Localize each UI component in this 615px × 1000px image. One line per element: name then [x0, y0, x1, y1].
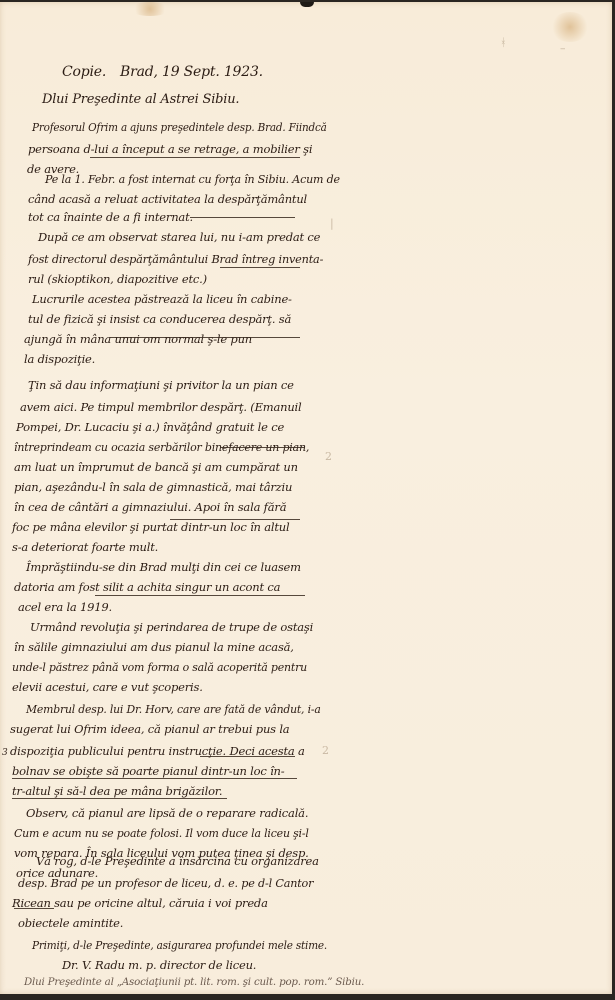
- letter-line: Împrăştiindu-se din Brad mulţi din cei c…: [26, 560, 301, 574]
- underline-stroke: [12, 798, 227, 799]
- paper-stain: [550, 12, 590, 42]
- letter-line: Profesorul Ofrim a ajuns preşedintele de…: [32, 120, 327, 134]
- letter-line: tot ca înainte de a fi internat.: [28, 210, 193, 224]
- underline-stroke: [200, 756, 295, 757]
- letter-line: în cea de cântări a gimnaziului. Apoi în…: [14, 500, 286, 514]
- letter-line: Lucrurile acestea păstrează la liceu în …: [32, 292, 292, 306]
- letter-line: am luat un împrumut de bancă şi am cumpă…: [14, 460, 298, 474]
- underline-stroke: [170, 519, 300, 520]
- pencil-mark: –: [560, 42, 566, 55]
- margin-mark-2: 2: [325, 450, 332, 463]
- underline-stroke: [220, 447, 305, 448]
- place-date: Brad, 19 Sept. 1923.: [120, 64, 263, 80]
- letter-line: ajungă în mâna unui om normal ş-le pun: [24, 332, 252, 346]
- letter-page: ᚼ – | 2 2 3 Copie. Brad, 19 Sept. 1923. …: [0, 2, 612, 994]
- letter-line: foc pe mâna elevilor şi purtat dintr-un …: [12, 520, 289, 534]
- letter-line: pian, aşezându-l în sala de gimnastică, …: [14, 480, 292, 494]
- margin-mark-3: 3: [2, 748, 8, 758]
- underline-stroke: [14, 908, 54, 909]
- pencil-mark: ᚼ: [500, 36, 507, 49]
- letter-line: avem aici. Pe timpul membrilor despărţ. …: [20, 400, 302, 414]
- letter-line: tul de fizică şi insist ca conducerea de…: [28, 312, 291, 326]
- letter-line: unde-l păstrez până vom forma o sală aco…: [12, 660, 307, 674]
- underline-stroke: [90, 157, 300, 158]
- underline-stroke: [110, 337, 300, 338]
- letter-line: Vă rog, d-le Preşedinte a însărcina cu o…: [36, 854, 319, 868]
- underline-stroke: [12, 778, 297, 779]
- signature-line: Dr. V. Radu m. p. director de liceu.: [62, 958, 256, 972]
- letter-line: Pompei, Dr. Lucaciu şi a.) învăţând grat…: [16, 420, 284, 434]
- letter-line: în sălile gimnaziului am dus pianul la m…: [14, 640, 294, 654]
- letter-line: când acasă a reluat activitatea la despă…: [28, 192, 307, 206]
- letter-line: s-a deteriorat foarte mult.: [12, 540, 158, 554]
- underline-stroke: [220, 267, 300, 268]
- letter-line: sugerat lui Ofrim ideea, că pianul ar tr…: [10, 722, 289, 736]
- binding-mark: [300, 2, 314, 7]
- letter-line: Observ, că pianul are lipsă de o reparar…: [26, 806, 308, 820]
- letter-line: desp. Brad pe un profesor de liceu, d. e…: [18, 876, 313, 890]
- paper-stain: [130, 2, 170, 16]
- addressee: Dlui Preşedinte al Astrei Sibiu.: [42, 92, 239, 107]
- letter-line: bolnav se obişte să poarte pianul dintr-…: [12, 764, 284, 778]
- underline-stroke: [190, 217, 295, 218]
- margin-mark-2: 2: [322, 744, 329, 757]
- letter-line: elevii acestui, care e vut şcoperis.: [12, 680, 203, 694]
- letter-line: Ţin să dau informaţiuni şi privitor la u…: [28, 378, 294, 392]
- copy-label: Copie.: [62, 64, 106, 80]
- recipient-line: Dlui Preşedinte al „Asociaţiunii pt. lit…: [24, 976, 364, 988]
- letter-line: acel era la 1919.: [18, 600, 112, 614]
- closing-line: Primiţi, d-le Preşedinte, asigurarea pro…: [32, 938, 327, 952]
- letter-line: persoana d-lui a început a se retrage, a…: [28, 142, 312, 156]
- letter-line: Membrul desp. lui Dr. Horv, care are fat…: [26, 702, 321, 716]
- letter-line: fost directorul despărţământului Brad în…: [28, 252, 323, 266]
- letter-line: Cum e acum nu se poate folosi. Il vom du…: [14, 826, 309, 840]
- letter-line: obiectele amintite.: [18, 916, 123, 930]
- letter-line: Urmând revoluţia şi perindarea de trupe …: [30, 620, 313, 634]
- letter-line: la dispoziţie.: [24, 352, 95, 366]
- letter-line: tr-altul şi să-l dea pe mâna brigăzilor.: [12, 784, 222, 798]
- pencil-mark: |: [330, 217, 334, 230]
- letter-line: Pe la 1. Febr. a fost internat cu forţa …: [45, 172, 340, 186]
- letter-line: datoria am fost silit a achita singur un…: [14, 580, 280, 594]
- letter-line: După ce am observat starea lui, nu i-am …: [38, 230, 320, 244]
- letter-line: rul (skioptikon, diapozitive etc.): [28, 272, 207, 286]
- underline-stroke: [95, 595, 305, 596]
